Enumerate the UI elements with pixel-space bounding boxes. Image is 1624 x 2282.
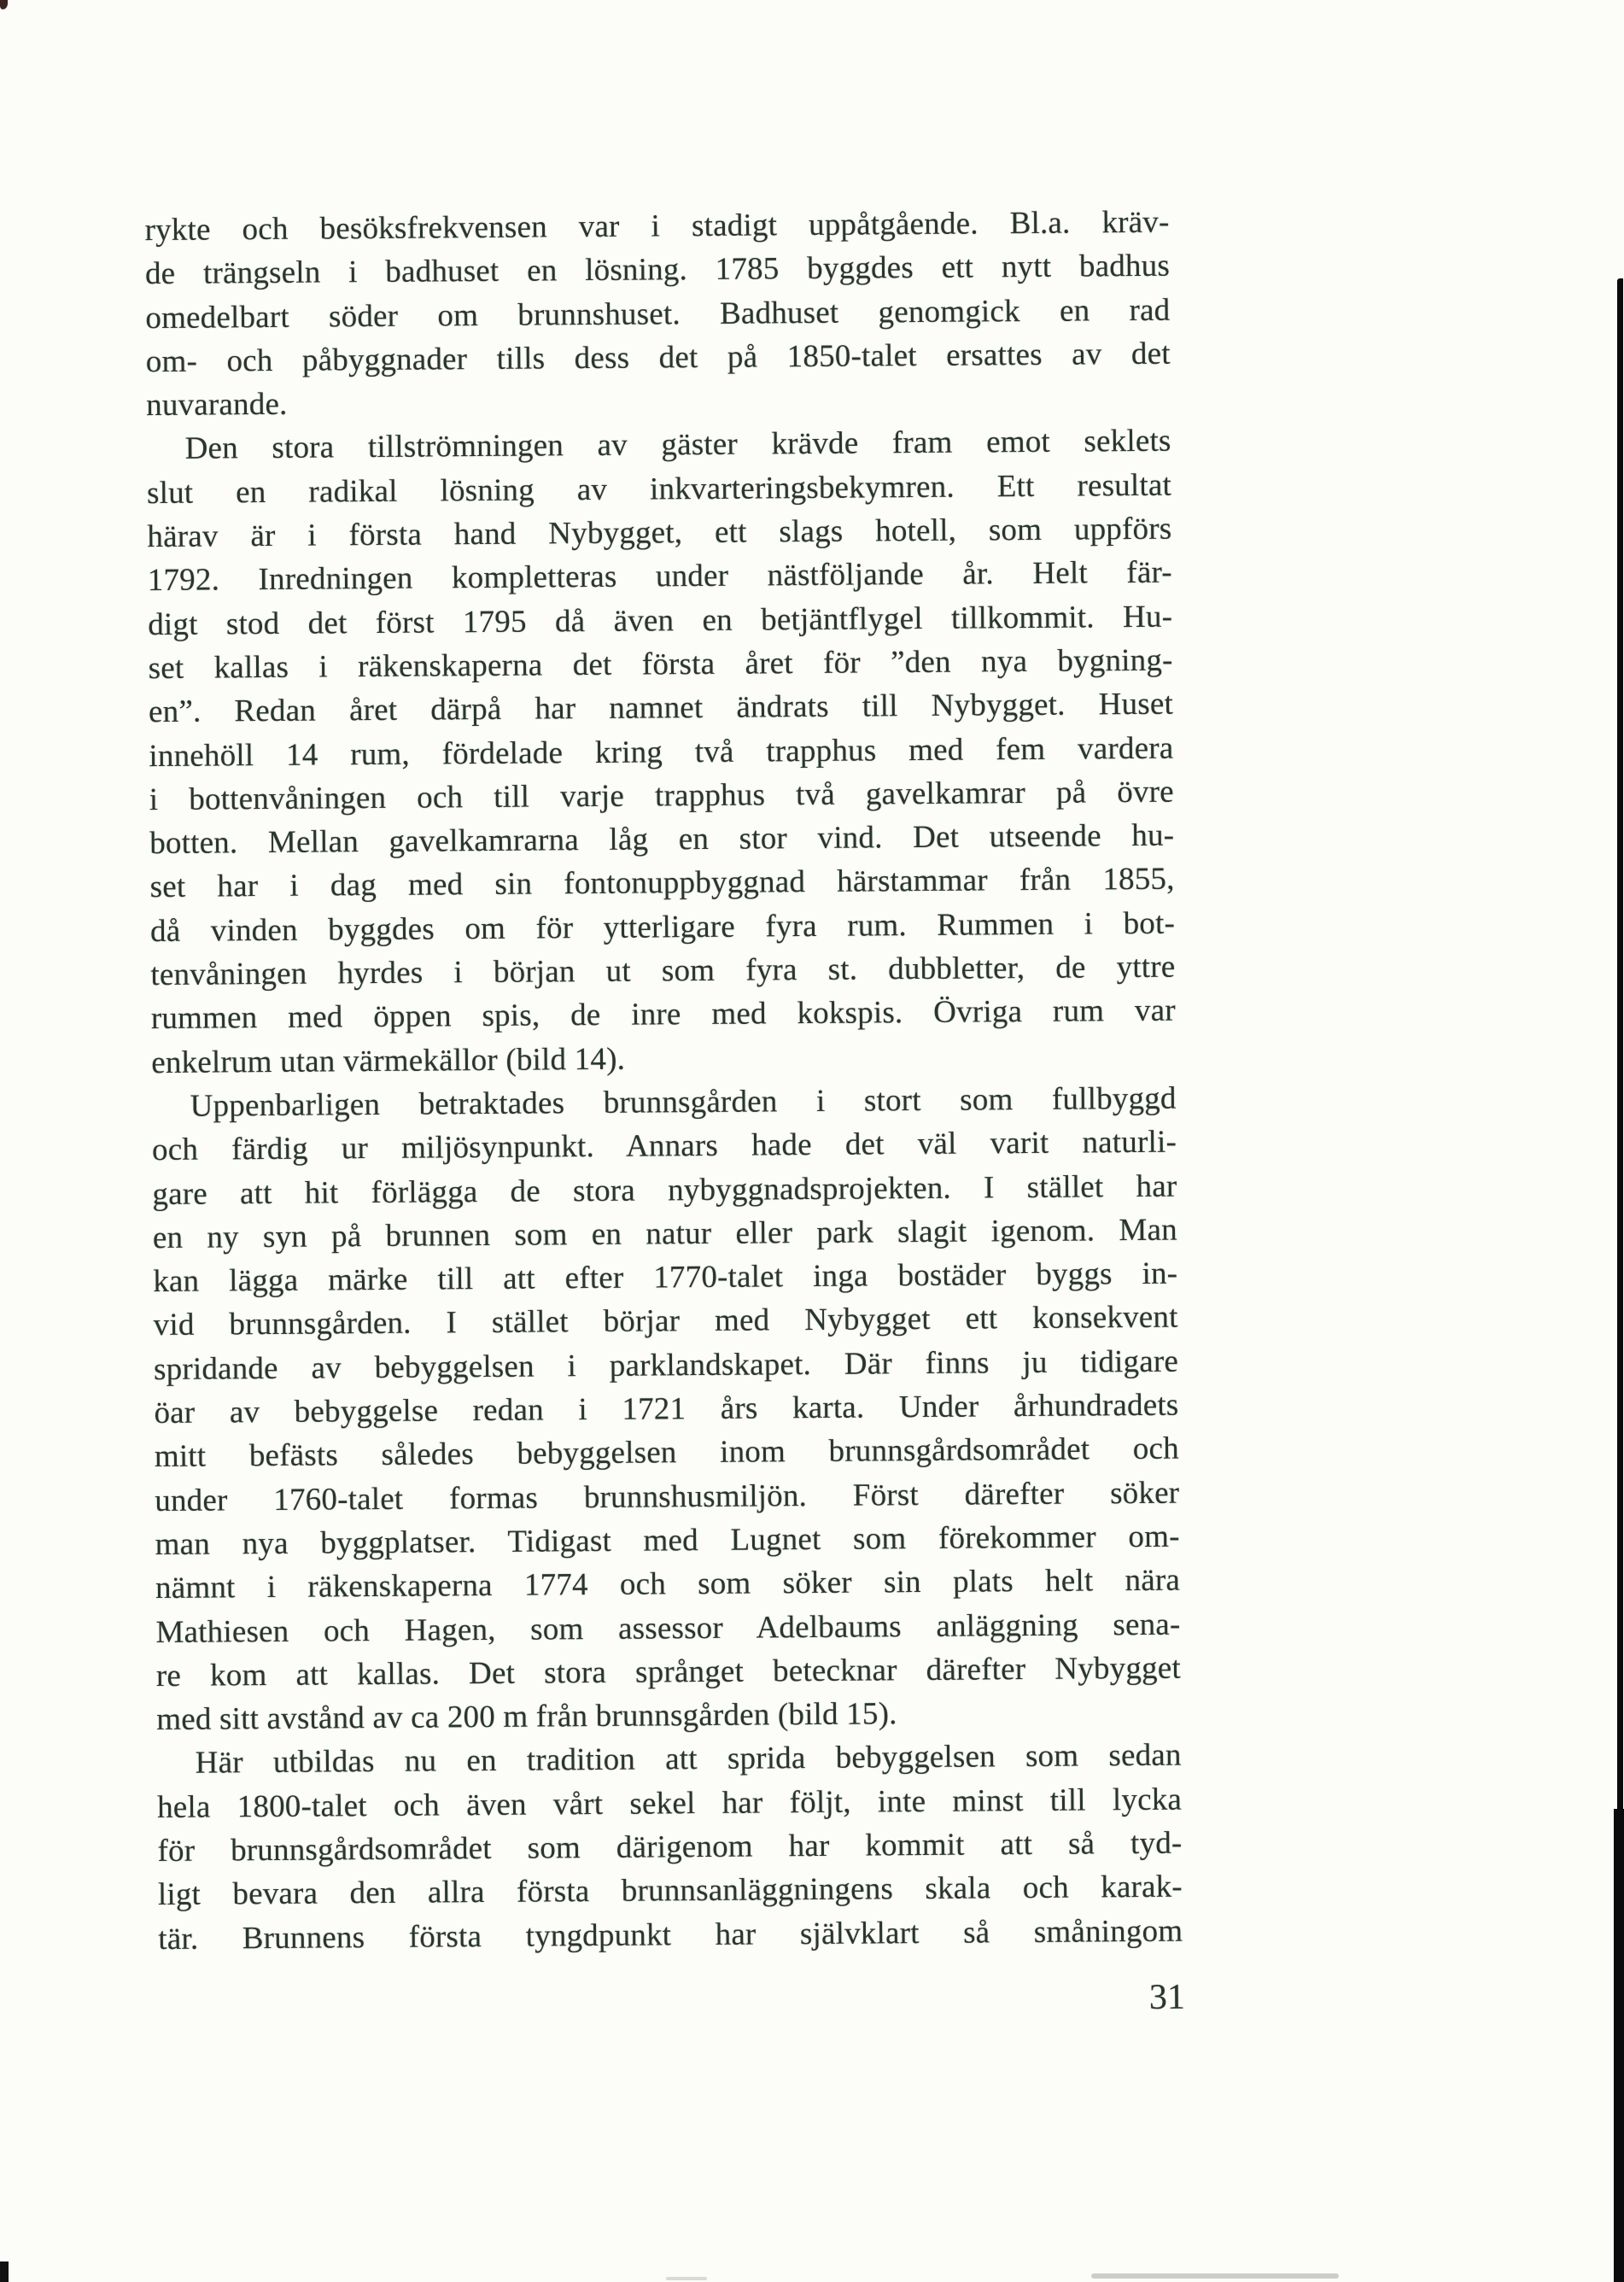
scan-smudge-bottom [1091,2273,1339,2279]
text-line: med sitt avstånd av ca 200 m från brunns… [156,1690,1181,1742]
text-line: nämnt i räkenskaperna 1774 och som söker… [155,1559,1180,1611]
page-number: 31 [1149,1977,1185,2018]
text-line: vid brunnsgården. I stället börjar med N… [153,1296,1177,1348]
text-line: rykte och besöksfrekvensen var i stadigt… [144,201,1169,253]
text-line: under 1760-talet formas brunnshusmiljön.… [155,1471,1179,1523]
text-line: för brunnsgårdsområdet som därigenom har… [157,1822,1182,1874]
text-line: set har i dag med sin fontonuppbyggnad h… [149,857,1174,910]
text-line: innehöll 14 rum, fördelade kring två tra… [149,726,1173,778]
text-line: Mathiesen och Hagen, som assessor Adelba… [155,1602,1180,1654]
text-line: öar av bebyggelse redan i 1721 års karta… [154,1384,1178,1436]
text-line: kan lägga märke till att efter 1770-tale… [153,1252,1177,1304]
scan-mark-bottom-left [0,2262,9,2282]
text-line: slut en radikal lösning av inkvarterings… [147,463,1171,515]
text-line: hela 1800-talet och även vårt sekel har … [157,1777,1182,1829]
text-line: Den stora tillströmningen av gäster kräv… [146,419,1171,471]
text-line: mitt befästs således bebyggelsen inom br… [155,1427,1179,1479]
scan-edge-right-lower [1614,1809,1624,2282]
book-page: rykte och besöksfrekvensen var i stadigt… [0,0,1624,2282]
text-line: man nya byggplatser. Tidigast med Lugnet… [155,1515,1179,1567]
text-line: spridande av bebyggelsen i parklandskape… [154,1339,1178,1391]
text-line: och färdig ur miljösynpunkt. Annars hade… [152,1121,1177,1173]
text-line: rummen med öppen spis, de inre med koksp… [151,989,1176,1041]
text-line: omedelbart söder om brunnshuset. Badhuse… [145,288,1170,340]
text-line: gare att hit förlägga de stora nybyggnad… [152,1164,1177,1216]
text-line: härav är i första hand Nybygget, ett sla… [147,507,1171,559]
body-text-block: rykte och besöksfrekvensen var i stadigt… [144,201,1183,1961]
text-line: digt stod det först 1795 då även en betj… [148,594,1172,647]
text-line: ligt bevara den allra första brunnsanläg… [158,1865,1183,1917]
text-line: en”. Redan året därpå har namnet ändrats… [149,682,1173,734]
text-line: 1792. Inredningen kompletteras under näs… [148,551,1172,603]
text-line: tenvåningen hyrdes i början ut som fyra … [150,945,1175,998]
text-line: set kallas i räkenskaperna det första år… [148,639,1172,691]
text-line: i bottenvåningen och till varje trapphus… [149,770,1174,822]
scan-smudge-bottom-small [666,2277,707,2280]
scan-edge-right-upper [1617,278,1623,1816]
text-line: botten. Mellan gavelkamrarna låg en stor… [149,814,1174,866]
text-line: en ny syn på brunnen som en natur eller … [153,1208,1177,1260]
text-line: Uppenbarligen betraktades brunnsgården i… [151,1077,1176,1129]
text-line: om- och påbyggnader tills dess det på 18… [146,332,1171,384]
text-line: de trängseln i badhuset en lösning. 1785… [145,244,1170,296]
text-line: nuvarande. [146,376,1171,428]
text-line: enkelrum utan värmekällor (bild 14). [151,1033,1176,1085]
scan-rotation-wrapper: rykte och besöksfrekvensen var i stadigt… [0,0,1624,2282]
text-line: re kom att kallas. Det stora språnget be… [156,1646,1181,1698]
text-line: tär. Brunnens första tyngdpunkt har själ… [158,1909,1183,1961]
text-line: Här utbildas nu en tradition att sprida … [157,1734,1182,1786]
text-line: då vinden byggdes om för ytterligare fyr… [150,901,1175,953]
